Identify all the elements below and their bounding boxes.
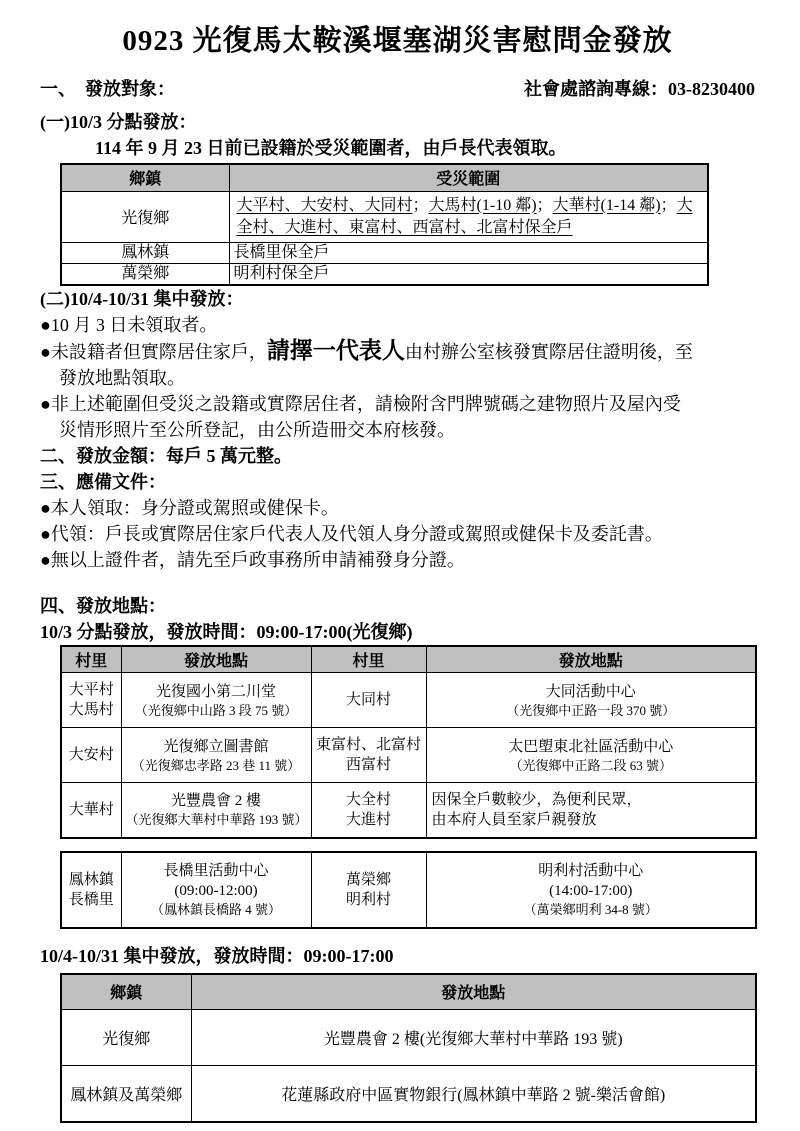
table-row: 鳳林鎮 長橋里保全戶	[61, 242, 708, 263]
cell-villages: 東富村、北富村 西富村	[311, 728, 426, 783]
underlined-villages-1: 大平村、大安村、大同村	[237, 197, 413, 214]
page-title: 0923 光復馬太鞍溪堰塞湖災害慰問金發放	[40, 18, 755, 59]
table-row: 鳳林鎮及萬榮鄉 花蓮縣政府中區實物銀行(鳳林鎮中華路 2 號-樂活會館)	[61, 1066, 756, 1122]
table-row: 大平村 大馬村 光復國小第二川堂（光復鄉中山路 3 段 75 號） 大同村 大同…	[61, 673, 756, 728]
cell-town-wanrong: 萬榮鄉	[61, 263, 229, 285]
cell-home-delivery-note: 因保全戶數較少，為便利民眾， 由本府人員至家戶親發放	[426, 783, 756, 838]
hotline-text: 社會處諮詢專線：03-8230400	[524, 75, 755, 101]
cell-location-guangfu: 光豐農會 2 樓(光復鄉大華村中華路 193 號)	[191, 1010, 756, 1066]
cell-location: 長橋里活動中心(09:00-12:00)（鳳林鎮長橋路 4 號）	[121, 852, 311, 928]
cell-town-guangfu: 光復鄉	[61, 191, 229, 242]
centralized-distribution-table: 鄉鎮 發放地點 光復鄉 光豐農會 2 樓(光復鄉大華村中華路 193 號) 鳳林…	[60, 973, 757, 1123]
separator: ；	[537, 197, 553, 214]
header-disaster-area: 受災範圍	[229, 164, 708, 191]
bullet-item: ●未設籍者但實際居住家戶，請擇一代表人由村辦公室核發實際居住證明後，至 發放地點…	[40, 338, 755, 391]
bullet-item: ●代領：戶長或實際居住家戶代表人及代領人身分證或駕照或健保卡及委託書。	[40, 521, 755, 547]
cell-area-fenglin: 長橋里保全戶	[229, 242, 708, 263]
table-header-row: 村里 發放地點 村里 發放地點	[61, 646, 756, 673]
cell-town-fenglin-wanrong: 鳳林鎮及萬榮鄉	[61, 1066, 191, 1122]
location-address: （萬榮鄉明利 34-8 號）	[431, 901, 752, 918]
table-row: 大華村 光豐農會 2 樓（光復鄉大華村中華路 193 號） 大全村 大進村 因保…	[61, 783, 756, 838]
bullet-item: ●本人領取：身分證或駕照或健保卡。	[40, 495, 755, 521]
cell-villages: 鳳林鎮 長橋里	[61, 852, 121, 928]
cell-villages: 萬榮鄉 明利村	[311, 852, 426, 928]
section1-header-row: 一、 發放對象： 社會處諮詢專線：03-8230400	[40, 75, 755, 101]
table-header-row: 鄉鎮 發放地點	[61, 974, 756, 1010]
location-name: 光復國小第二川堂	[156, 684, 276, 700]
section1-heading: 一、 發放對象：	[40, 75, 175, 101]
location-address: （光復鄉大華村中華路 193 號）	[126, 811, 307, 828]
location-hours: (09:00-12:00)	[126, 881, 307, 901]
cell-villages: 大安村	[61, 728, 121, 783]
header-location-2: 發放地點	[426, 646, 756, 673]
cell-villages: 大平村 大馬村	[61, 673, 121, 728]
location-name: 明利村活動中心	[538, 863, 643, 879]
location-name: 光豐農會 2 樓	[171, 793, 261, 809]
underlined-villages-2: 大馬村(1-10 鄰)	[429, 197, 537, 214]
cell-area-guangfu: 大平村、大安村、大同村；大馬村(1-10 鄰)；大華村(1-14 鄰)；大全村、…	[229, 191, 708, 242]
cell-location-fenglin-wanrong: 花蓮縣政府中區實物銀行(鳳林鎮中華路 2 號-樂活會館)	[191, 1066, 756, 1122]
location-name: 長橋里活動中心	[163, 863, 268, 879]
header-location-1: 發放地點	[121, 646, 311, 673]
bullet-text: ●本人領取：身分證或駕照或健保卡。	[40, 498, 339, 518]
section1a-note: 114 年 9 月 23 日前已設籍於受災範圍者，由戶長代表領取。	[40, 135, 755, 161]
cell-town-guangfu: 光復鄉	[61, 1010, 191, 1066]
separator: ；	[661, 197, 677, 214]
distribution-locations-table-guangfu: 村里 發放地點 村里 發放地點 大平村 大馬村 光復國小第二川堂（光復鄉中山路 …	[60, 645, 757, 839]
section1a-heading: (一)10/3 分點發放：	[40, 109, 755, 135]
emphasized-phrase: 請擇一代表人	[267, 338, 405, 363]
table-row: 萬榮鄉 明利村保全戶	[61, 263, 708, 285]
cell-location: 光復國小第二川堂（光復鄉中山路 3 段 75 號）	[121, 673, 311, 728]
location-address: （光復鄉忠孝路 23 巷 11 號）	[126, 757, 307, 774]
location-address: （鳳林鎮長橋路 4 號）	[126, 901, 307, 918]
cell-location: 明利村活動中心(14:00-17:00)（萬榮鄉明利 34-8 號）	[426, 852, 756, 928]
cell-villages: 大華村	[61, 783, 121, 838]
cell-location: 光豐農會 2 樓（光復鄉大華村中華路 193 號）	[121, 783, 311, 838]
disaster-area-table: 鄉鎮 受災範圍 光復鄉 大平村、大安村、大同村；大馬村(1-10 鄰)；大華村(…	[60, 163, 709, 286]
bullet-item: ●無以上證件者，請先至戶政事務所申請補發身分證。	[40, 547, 755, 573]
location-name: 太巴塱東北社區活動中心	[508, 739, 673, 755]
section1b-heading: (二)10/4-10/31 集中發放：	[40, 286, 755, 312]
bullet-text-pre: ●未設籍者但實際居住家戶，	[40, 342, 267, 362]
bullet-item: ●非上述範圍但受災之設籍或實際居住者，請檢附含門牌號碼之建物照片及屋內受 災情形…	[40, 391, 755, 443]
separator: ；	[413, 197, 429, 214]
header-village-1: 村里	[61, 646, 121, 673]
cell-villages: 大全村 大進村	[311, 783, 426, 838]
table-row: 光復鄉 光豐農會 2 樓(光復鄉大華村中華路 193 號)	[61, 1010, 756, 1066]
section4b-heading: 10/4-10/31 集中發放，發放時間：09:00-17:00	[40, 943, 755, 969]
section4a-heading: 10/3 分點發放，發放時間：09:00-17:00(光復鄉)	[40, 619, 755, 645]
location-address: （光復鄉中正路一段 370 號）	[431, 702, 752, 719]
location-name: 大同活動中心	[546, 684, 636, 700]
cell-location: 太巴塱東北社區活動中心（光復鄉中正路二段 63 號）	[426, 728, 756, 783]
section2-heading: 二、發放金額：每戶 5 萬元整。	[40, 443, 755, 469]
table-row: 光復鄉 大平村、大安村、大同村；大馬村(1-10 鄰)；大華村(1-14 鄰)；…	[61, 191, 708, 242]
document-page: 0923 光復馬太鞍溪堰塞湖災害慰問金發放 一、 發放對象： 社會處諮詢專線：0…	[0, 0, 800, 1131]
header-town: 鄉鎮	[61, 164, 229, 191]
table-row: 鳳林鎮 長橋里 長橋里活動中心(09:00-12:00)（鳳林鎮長橋路 4 號）…	[61, 852, 756, 928]
location-address: （光復鄉中山路 3 段 75 號）	[126, 702, 307, 719]
header-location: 發放地點	[191, 974, 756, 1010]
cell-town-fenglin: 鳳林鎮	[61, 242, 229, 263]
cell-villages: 大同村	[311, 673, 426, 728]
header-town: 鄉鎮	[61, 974, 191, 1010]
bullet-text: ●代領：戶長或實際居住家戶代表人及代領人身分證或駕照或健保卡及委託書。	[40, 524, 663, 544]
bullet-text: ●非上述範圍但受災之設籍或實際居住者，請檢附含門牌號碼之建物照片及屋內受 災情形…	[40, 394, 681, 440]
distribution-locations-table-fenglin-wanrong: 鳳林鎮 長橋里 長橋里活動中心(09:00-12:00)（鳳林鎮長橋路 4 號）…	[60, 851, 757, 929]
cell-location: 大同活動中心（光復鄉中正路一段 370 號）	[426, 673, 756, 728]
bullet-text: ●10 月 3 日未領取者。	[40, 315, 217, 335]
underlined-villages-3: 大華村(1-14 鄰)	[553, 197, 661, 214]
bullet-text: ●無以上證件者，請先至戶政事務所申請補發身分證。	[40, 550, 465, 570]
section3-heading: 三、應備文件：	[40, 469, 755, 495]
header-village-2: 村里	[311, 646, 426, 673]
table-header-row: 鄉鎮 受災範圍	[61, 164, 708, 191]
cell-area-wanrong: 明利村保全戶	[229, 263, 708, 285]
location-name: 光復鄉立圖書館	[163, 739, 268, 755]
table-row: 大安村 光復鄉立圖書館（光復鄉忠孝路 23 巷 11 號） 東富村、北富村 西富…	[61, 728, 756, 783]
location-hours: (14:00-17:00)	[431, 881, 752, 901]
location-address: （光復鄉中正路二段 63 號）	[431, 757, 752, 774]
cell-location: 光復鄉立圖書館（光復鄉忠孝路 23 巷 11 號）	[121, 728, 311, 783]
bullet-item: ●10 月 3 日未領取者。	[40, 312, 755, 338]
section4-heading: 四、發放地點：	[40, 593, 755, 619]
